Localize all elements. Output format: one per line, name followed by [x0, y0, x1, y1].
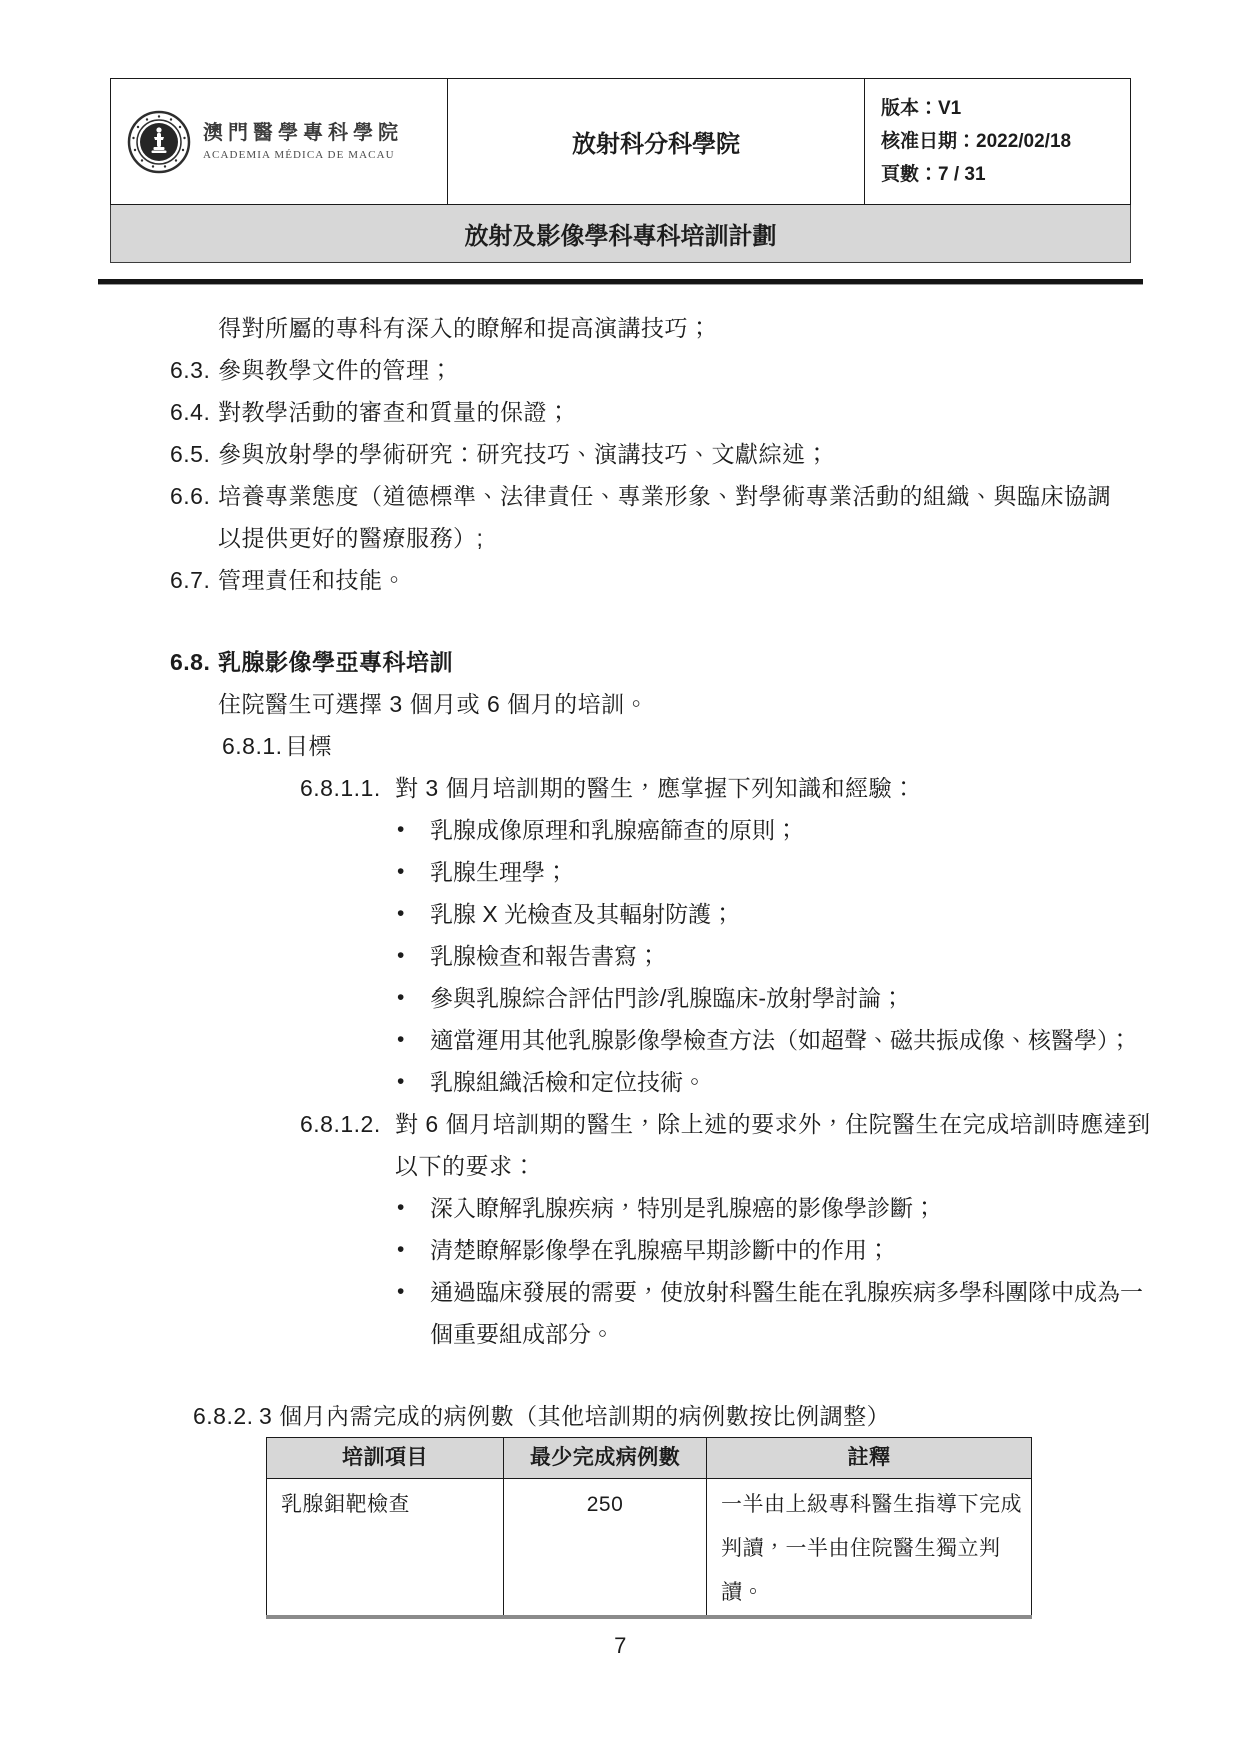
bullet-item: • 乳腺成像原理和乳腺癌篩查的原則； — [110, 809, 1155, 851]
page-number: 7 — [110, 1629, 1131, 1663]
list-item-6-7: 6.7. 管理責任和技能。 — [110, 559, 1131, 601]
academy-name: 澳門醫學專科學院 ACADEMIA MÉDICA DE MACAU — [203, 121, 403, 163]
bullet-dot-icon: • — [397, 893, 430, 935]
item-number: 6.8.2. — [193, 1395, 259, 1437]
col-header-min-cases: 最少完成病例數 — [504, 1438, 707, 1479]
item-text: 培養專業態度（道德標準、法律責任、專業形象、對學術專業活動的組織、與臨床協調以提… — [218, 475, 1131, 559]
bullet-text: 乳腺檢查和報告書寫； — [430, 935, 1155, 977]
bullet-text: 乳腺 X 光檢查及其輻射防護； — [430, 893, 1155, 935]
cases-table: 培訓項目 最少完成病例數 註釋 乳腺鉬靶檢查 250 一半由上級專科醫生指導下完… — [266, 1437, 1032, 1619]
bullet-item: • 乳腺生理學； — [110, 851, 1155, 893]
bullet-item: • 乳腺組織活檢和定位技術。 — [110, 1061, 1155, 1103]
subsection-title: 目標 — [285, 725, 332, 767]
college-title: 放射科分科學院 — [447, 79, 864, 204]
section-title: 乳腺影像學亞專科培訓 — [218, 641, 1131, 683]
item-number: 6.8.1.1. — [300, 767, 395, 809]
header-logo-cell: 澳門醫學專科學院 ACADEMIA MÉDICA DE MACAU — [111, 79, 447, 204]
bullet-text: 乳腺成像原理和乳腺癌篩查的原則； — [430, 809, 1155, 851]
bullet-item: • 乳腺 X 光檢查及其輻射防護； — [110, 893, 1155, 935]
bullet-text: 通過臨床發展的需要，使放射科醫生能在乳腺疾病多學科團隊中成為一個重要組成部分。 — [430, 1271, 1155, 1355]
bullet-dot-icon: • — [397, 1187, 430, 1229]
bullet-dot-icon: • — [397, 851, 430, 893]
bullet-dot-icon: • — [397, 1019, 430, 1061]
item-number: 6.7. — [170, 559, 218, 601]
bullet-text: 參與乳腺綜合評估門診/乳腺臨床-放射學討論； — [430, 977, 1155, 1019]
bullet-dot-icon: • — [397, 977, 430, 1019]
document-page: 澳門醫學專科學院 ACADEMIA MÉDICA DE MACAU 放射科分科學… — [0, 0, 1241, 1754]
academy-name-zh: 澳門醫學專科學院 — [203, 121, 403, 146]
item-text: 對教學活動的審查和質量的保證； — [218, 391, 1131, 433]
item-text: 參與教學文件的管理； — [218, 349, 1131, 391]
document-header: 澳門醫學專科學院 ACADEMIA MÉDICA DE MACAU 放射科分科學… — [110, 78, 1131, 205]
table-header-row: 培訓項目 最少完成病例數 註釋 — [267, 1438, 1032, 1479]
bullet-item: • 通過臨床發展的需要，使放射科醫生能在乳腺疾病多學科團隊中成為一個重要組成部分… — [110, 1271, 1155, 1355]
subsection-6-8-1: 6.8.1. 目標 — [110, 725, 1131, 767]
item-number: 6.8.1.2. — [300, 1103, 395, 1187]
item-number: 6.6. — [170, 475, 218, 559]
item-text: 參與放射學的學術研究：研究技巧、演講技巧、文獻綜述； — [218, 433, 1131, 475]
meta-version: 版本：V1 — [881, 92, 961, 125]
section-6-8: 6.8. 乳腺影像學亞專科培訓 住院醫生可選擇 3 個月或 6 個月的培訓。 6… — [110, 641, 1131, 1619]
bullet-dot-icon: • — [397, 935, 430, 977]
bullet-dot-icon: • — [397, 1229, 430, 1271]
document-body: 得對所屬的專科有深入的瞭解和提高演講技巧； 6.3. 參與教學文件的管理； 6.… — [110, 307, 1131, 1663]
bullet-dot-icon: • — [397, 809, 430, 851]
col-header-training-item: 培訓項目 — [267, 1438, 504, 1479]
academy-seal-icon — [127, 110, 191, 174]
bullet-dot-icon: • — [397, 1061, 430, 1103]
subsection-6-8-1-2: 6.8.1.2. 對 6 個月培訓期的醫生，除上述的要求外，住院醫生在完成培訓時… — [110, 1103, 1131, 1187]
table-row: 乳腺鉬靶檢查 250 一半由上級專科醫生指導下完成判讀，一半由住院醫生獨立判讀。 — [267, 1479, 1032, 1618]
cell-training-item: 乳腺鉬靶檢查 — [267, 1479, 504, 1618]
bullet-text: 深入瞭解乳腺疾病，特別是乳腺癌的影像學診斷； — [430, 1187, 1155, 1229]
item-number: 6.4. — [170, 391, 218, 433]
col-header-notes: 註釋 — [707, 1438, 1032, 1479]
bullet-text: 適當運用其他乳腺影像學檢查方法（如超聲、磁共振成像、核醫學）； — [430, 1019, 1155, 1061]
cell-min-cases: 250 — [504, 1479, 707, 1618]
header-divider-rule — [98, 279, 1143, 285]
bullet-item: • 乳腺檢查和報告書寫； — [110, 935, 1155, 977]
academy-name-pt: ACADEMIA MÉDICA DE MACAU — [203, 149, 403, 163]
section-6-8-intro: 住院醫生可選擇 3 個月或 6 個月的培訓。 — [218, 683, 1131, 725]
header-meta: 版本：V1 核准日期：2022/02/18 頁數：7 / 31 — [864, 79, 1132, 204]
list-item-6-6: 6.6. 培養專業態度（道德標準、法律責任、專業形象、對學術專業活動的組織、與臨… — [110, 475, 1131, 559]
bullet-item: • 適當運用其他乳腺影像學檢查方法（如超聲、磁共振成像、核醫學）； — [110, 1019, 1155, 1061]
document-title-bar: 放射及影像學科專科培訓計劃 — [110, 205, 1131, 263]
bullet-text: 乳腺生理學； — [430, 851, 1155, 893]
bullet-dot-icon: • — [397, 1271, 430, 1355]
subsection-text: 對 6 個月培訓期的醫生，除上述的要求外，住院醫生在完成培訓時應達到以下的要求： — [395, 1103, 1155, 1187]
item-number: 6.8.1. — [222, 725, 285, 767]
bullet-item: • 清楚瞭解影像學在乳腺癌早期診斷中的作用； — [110, 1229, 1155, 1271]
page-content: 澳門醫學專科學院 ACADEMIA MÉDICA DE MACAU 放射科分科學… — [110, 78, 1131, 1663]
item-number: 6.3. — [170, 349, 218, 391]
subsection-6-8-2: 6.8.2. 3 個月內需完成的病例數（其他培訓期的病例數按比例調整） — [110, 1395, 1131, 1437]
bullet-text: 清楚瞭解影像學在乳腺癌早期診斷中的作用； — [430, 1229, 1155, 1271]
subsection-title: 3 個月內需完成的病例數（其他培訓期的病例數按比例調整） — [259, 1395, 890, 1437]
meta-approval-date: 核准日期：2022/02/18 — [881, 125, 1071, 158]
list-item-6-3: 6.3. 參與教學文件的管理； — [110, 349, 1131, 391]
bullet-text: 乳腺組織活檢和定位技術。 — [430, 1061, 1155, 1103]
subsection-6-8-1-1: 6.8.1.1. 對 3 個月培訓期的醫生，應掌握下列知識和經驗： — [110, 767, 1131, 809]
list-item-6-4: 6.4. 對教學活動的審查和質量的保證； — [110, 391, 1131, 433]
item-number: 6.8. — [170, 641, 218, 683]
list-item-6-5: 6.5. 參與放射學的學術研究：研究技巧、演講技巧、文獻綜述； — [110, 433, 1131, 475]
bullet-item: • 深入瞭解乳腺疾病，特別是乳腺癌的影像學診斷； — [110, 1187, 1155, 1229]
paragraph-continuation: 得對所屬的專科有深入的瞭解和提高演講技巧； — [218, 307, 1131, 349]
section-6-8-heading: 6.8. 乳腺影像學亞專科培訓 — [110, 641, 1131, 683]
subsection-text: 對 3 個月培訓期的醫生，應掌握下列知識和經驗： — [395, 767, 1155, 809]
meta-page-count: 頁數：7 / 31 — [881, 158, 986, 191]
cell-note: 一半由上級專科醫生指導下完成判讀，一半由住院醫生獨立判讀。 — [707, 1479, 1032, 1618]
item-text: 管理責任和技能。 — [218, 559, 1131, 601]
item-number: 6.5. — [170, 433, 218, 475]
bullet-item: • 參與乳腺綜合評估門診/乳腺臨床-放射學討論； — [110, 977, 1155, 1019]
